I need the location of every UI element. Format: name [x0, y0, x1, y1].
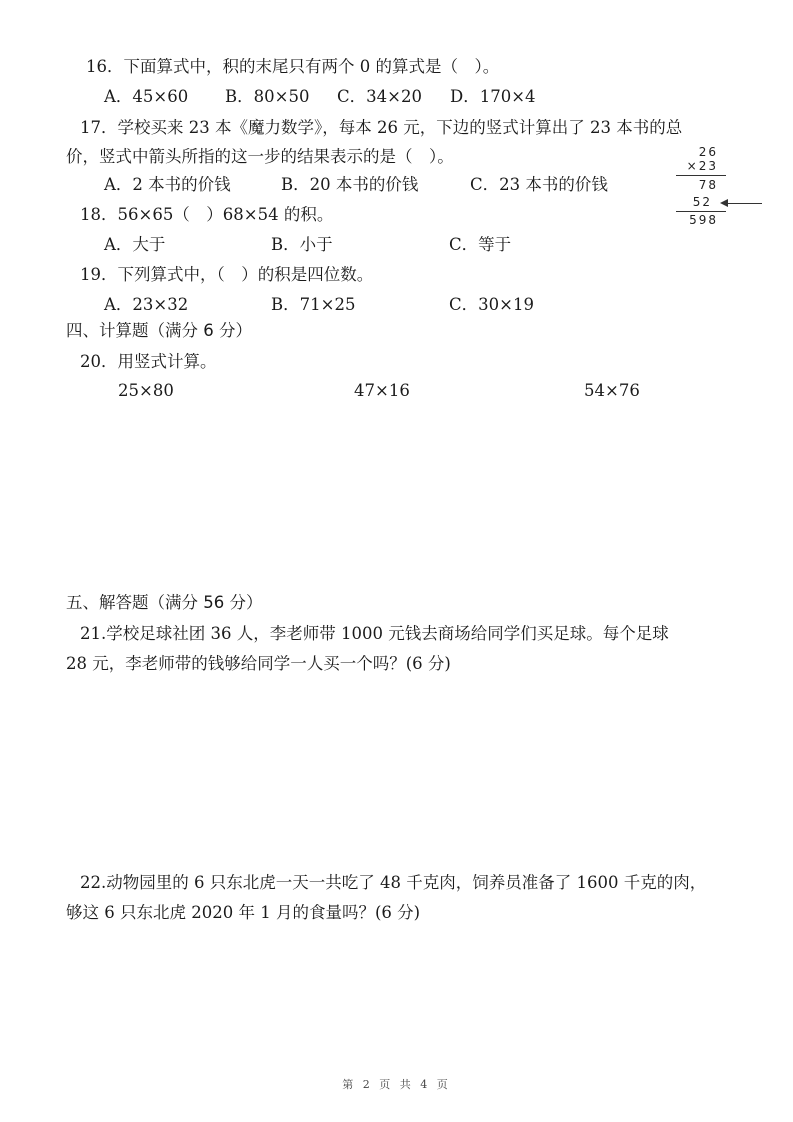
q16-stem: 16．下面算式中，积的末尾只有两个 0 的算式是（ ）。: [86, 56, 499, 78]
q20-item-3: 54×76: [584, 380, 640, 402]
q21-line2: 28 元，李老师带的钱够给同学一人买一个吗？(6 分): [66, 653, 451, 675]
calc-multiplicand: 26: [699, 145, 718, 160]
q19-stem: 19．下列算式中，（ ）的积是四位数。: [80, 264, 373, 286]
q19-option-a: A．23×32: [104, 294, 188, 316]
q18-option-b: B．小于: [271, 234, 333, 256]
q20-item-1: 25×80: [118, 380, 174, 402]
q17-stem-line1: 17．学校买来 23 本《魔力数学》，每本 26 元，下边的竖式计算出了 23 …: [80, 117, 682, 139]
q22-line2: 够这 6 只东北虎 2020 年 1 月的食量吗？(6 分): [66, 902, 420, 924]
q17-option-c: C．23 本书的价钱: [470, 174, 608, 196]
q18-option-a: A．大于: [104, 234, 165, 256]
calc-partial-product-2: 52: [693, 195, 712, 210]
q17-stem-line2: 价，竖式中箭头所指的这一步的结果表示的是（ ）。: [66, 146, 454, 168]
calc-divider-line: [676, 175, 726, 176]
q16-option-d: D．170×4: [450, 86, 536, 108]
calc-multiplier: ×23: [687, 159, 718, 174]
q16-option-a: A．45×60: [104, 86, 188, 108]
q19-option-c: C．30×19: [449, 294, 534, 316]
section5-heading: 五、解答题（满分 56 分）: [66, 592, 263, 614]
section4-heading: 四、计算题（满分 6 分）: [66, 320, 252, 342]
q20-stem: 20．用竖式计算。: [80, 351, 217, 373]
q18-stem: 18．56×65（ ）68×54 的积。: [80, 204, 333, 226]
q18-option-c: C．等于: [449, 234, 511, 256]
q17-option-a: A．2 本书的价钱: [104, 174, 231, 196]
q22-line1: 22.动物园里的 6 只东北虎一天一共吃了 48 千克肉，饲养员准备了 1600…: [80, 872, 706, 894]
calc-result: 598: [689, 213, 718, 228]
calc-divider-line: [676, 211, 726, 212]
arrow-shaft: [726, 203, 762, 204]
q21-line1: 21.学校足球社团 36 人，李老师带 1000 元钱去商场给同学们买足球。每个…: [80, 623, 669, 645]
page-number: 第 2 页 共 4 页: [0, 1076, 793, 1092]
calc-partial-product-1: 78: [699, 178, 718, 193]
q19-option-b: B．71×25: [271, 294, 355, 316]
q17-option-b: B．20 本书的价钱: [281, 174, 418, 196]
q16-option-b: B．80×50: [225, 86, 309, 108]
q20-item-2: 47×16: [354, 380, 410, 402]
q16-option-c: C．34×20: [337, 86, 422, 108]
